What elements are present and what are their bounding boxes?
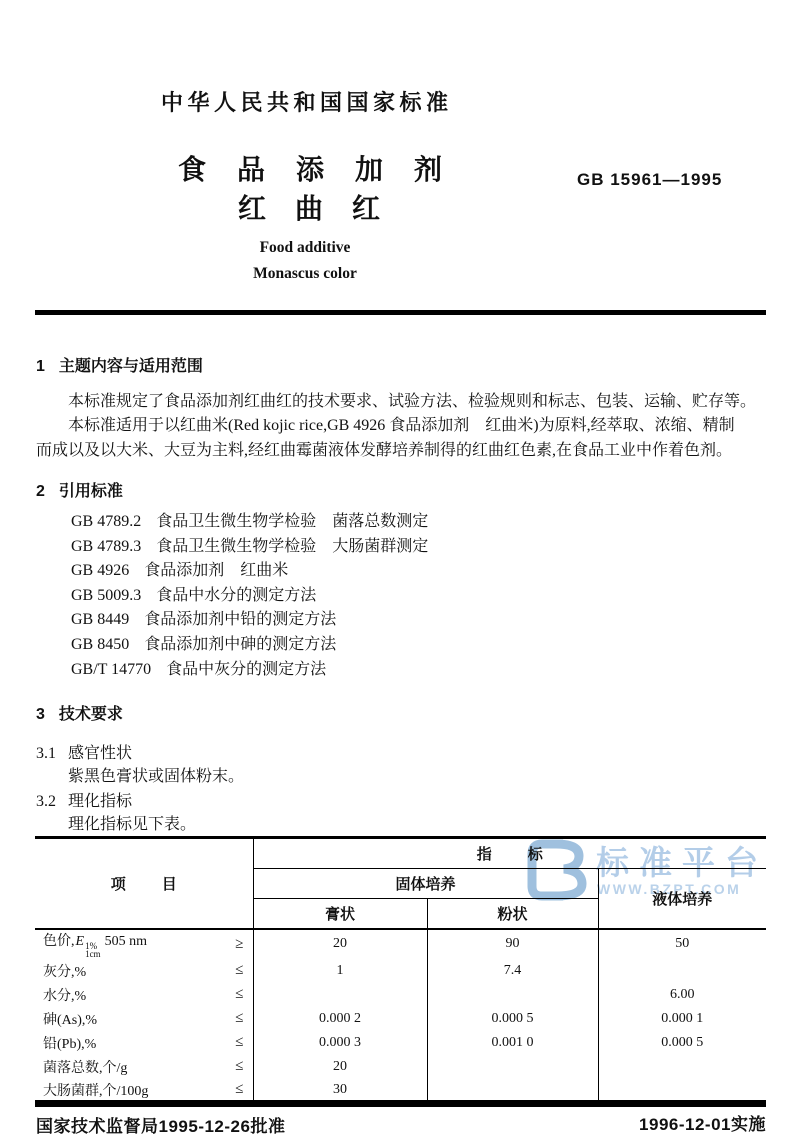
standard-title-cn-line2: 红曲红 [238,187,409,227]
subsection-number: 3.2 [36,793,56,811]
section-heading-scope: 1主题内容与适用范围 [36,353,203,376]
reference-name: 食品卫生微生物学检验 大肠菌群测定 [156,538,428,555]
physicochemical-note: 理化指标见下表。 [68,811,196,834]
reference-code: GB 8449 [71,608,129,633]
comparison-symbol: ≥ [235,936,243,953]
cell-paste-value: 0.000 3 [253,1031,427,1055]
standard-title-cn-line1: 食品添加剂 [178,148,473,188]
table-header-item-label: 项目 [111,876,213,893]
physicochemical-spec-table: 项目 指标 固体培养 液体培养 膏状 粉状 色价,E1%1cm505 nm ≥ … [35,836,766,1104]
table-header-indicator-label: 指标 [477,846,579,863]
subsection-title: 理化指标 [68,793,132,810]
row-label: 大肠菌群,个/100g [43,1080,148,1100]
cell-liquid-value [598,1055,766,1079]
table-row-lead: 铅(Pb),%≤ 0.000 3 0.001 0 0.000 5 [35,1031,766,1055]
table-header-item: 项目 [35,838,253,929]
reference-code: GB 8450 [71,633,129,658]
row-label-cell: 砷(As),%≤ [35,1007,253,1031]
cell-powder-value [427,983,598,1007]
approval-authority-date: 国家技术监督局1995-12-26批准 [36,1112,285,1137]
reference-name: 食品添加剂 红曲米 [144,562,288,579]
standard-title-en: Food additive Monascus color [180,235,430,287]
row-label-cell: 水分,%≤ [35,983,253,1007]
reference-name: 食品中水分的测定方法 [156,587,316,604]
row-label: 菌落总数,个/g [43,1057,127,1077]
section-heading-references: 2引用标准 [36,478,123,501]
cell-liquid-value: 50 [598,929,766,959]
scope-paragraph-2: 本标准适用于以红曲米(Red kojic rice,GB 4926 食品添加剂 … [36,414,766,463]
reference-item: GB 4789.3食品卫生微生物学检验 大肠菌群测定 [71,535,428,560]
section-title: 主题内容与适用范围 [59,358,203,375]
standard-title-en-line2: Monascus color [180,261,430,287]
scope-paragraph-2-line2: 而成以及以大米、大豆为主料,经红曲霉菌液体发酵培养制得的红曲红色素,在食品工业中… [36,439,766,464]
cell-paste-value [253,983,427,1007]
table-row-moisture: 水分,%≤ 6.00 [35,983,766,1007]
cell-liquid-value: 0.000 5 [598,1031,766,1055]
comparison-symbol: ≤ [235,986,243,1003]
table-header-liquid-culture: 液体培养 [598,869,766,929]
cell-powder-value [427,1079,598,1103]
subsection-title: 感官性状 [68,745,132,762]
reference-code: GB/T 14770 [71,658,151,683]
comparison-symbol: ≤ [235,1081,243,1098]
row-label: 铅(Pb),% [43,1033,96,1053]
cell-paste-value: 20 [253,1055,427,1079]
standard-number: GB 15961—1995 [577,170,722,190]
reference-list: GB 4789.2食品卫生微生物学检验 菌落总数测定 GB 4789.3食品卫生… [71,510,428,682]
standard-title-en-line1: Food additive [180,235,430,261]
row-label-cell: 大肠菌群,个/100g≤ [35,1079,253,1103]
reference-code: GB 4789.3 [71,535,141,560]
reference-name: 食品中灰分的测定方法 [166,661,326,678]
table-header-powder: 粉状 [427,899,598,929]
reference-name: 食品添加剂中铅的测定方法 [144,611,336,628]
header-divider-rule [35,310,766,315]
comparison-symbol: ≤ [235,1058,243,1075]
row-label: 砷(As),% [43,1009,97,1029]
cell-powder-value: 90 [427,929,598,959]
comparison-symbol: ≤ [235,962,243,979]
cell-powder-value: 0.001 0 [427,1031,598,1055]
section-title: 引用标准 [59,483,123,500]
row-label-cell: 菌落总数,个/g≤ [35,1055,253,1079]
row-label: 色价,E1%1cm505 nm [43,930,147,959]
scope-paragraph-2-line1: 本标准适用于以红曲米(Red kojic rice,GB 4926 食品添加剂 … [36,414,766,439]
section-number: 2 [36,483,45,501]
section-number: 3 [36,706,45,724]
table-header-paste: 膏状 [253,899,427,929]
subsection-number: 3.1 [36,745,56,763]
section-number: 1 [36,358,45,376]
table-header-indicator: 指标 [253,838,766,869]
table-row-arsenic: 砷(As),%≤ 0.000 2 0.000 5 0.000 1 [35,1007,766,1031]
reference-name: 食品添加剂中砷的测定方法 [144,636,336,653]
reference-item: GB 4789.2食品卫生微生物学检验 菌落总数测定 [71,510,428,535]
row-label: 灰分,% [43,961,86,981]
table-header-row-1: 项目 指标 [35,838,766,869]
reference-name: 食品卫生微生物学检验 菌落总数测定 [156,513,428,530]
table-row-ash: 灰分,%≤ 1 7.4 [35,959,766,983]
cell-paste-value: 1 [253,959,427,983]
reference-item: GB 4926食品添加剂 红曲米 [71,559,428,584]
section-title: 技术要求 [59,706,123,723]
row-label-cell: 灰分,%≤ [35,959,253,983]
table-row-total-colonies: 菌落总数,个/g≤ 20 [35,1055,766,1079]
row-label-cell: 铅(Pb),%≤ [35,1031,253,1055]
scope-paragraph-1: 本标准规定了食品添加剂红曲红的技术要求、试验方法、检验规则和标志、包装、运输、贮… [36,390,766,414]
cell-liquid-value: 6.00 [598,983,766,1007]
cell-powder-value [427,1055,598,1079]
cell-liquid-value [598,959,766,983]
cell-paste-value: 20 [253,929,427,959]
cell-liquid-value: 0.000 1 [598,1007,766,1031]
cell-paste-value: 0.000 2 [253,1007,427,1031]
subsection-heading-sensory: 3.1感官性状 [36,740,132,763]
comparison-symbol: ≤ [235,1034,243,1051]
national-standard-banner: 中华人民共和国国家标准 [161,86,453,117]
reference-item: GB 8449食品添加剂中铅的测定方法 [71,608,428,633]
table-header-solid-culture: 固体培养 [253,869,598,899]
reference-item: GB 8450食品添加剂中砷的测定方法 [71,633,428,658]
row-label-cell: 色价,E1%1cm505 nm ≥ [35,929,253,959]
sensory-description: 紫黑色膏状或固体粉末。 [68,763,244,786]
cell-liquid-value [598,1079,766,1103]
reference-item: GB 5009.3食品中水分的测定方法 [71,584,428,609]
cell-powder-value: 7.4 [427,959,598,983]
subsection-heading-physicochemical: 3.2理化指标 [36,788,132,811]
reference-item: GB/T 14770食品中灰分的测定方法 [71,658,428,683]
table-row-coliform: 大肠菌群,个/100g≤ 30 [35,1079,766,1103]
reference-code: GB 4926 [71,559,129,584]
table-row-color-value: 色价,E1%1cm505 nm ≥ 20 90 50 [35,929,766,959]
comparison-symbol: ≤ [235,1010,243,1027]
cell-powder-value: 0.000 5 [427,1007,598,1031]
implementation-date: 1996-12-01实施 [639,1110,766,1135]
row-label: 水分,% [43,985,86,1005]
reference-code: GB 5009.3 [71,584,141,609]
section-heading-technical: 3技术要求 [36,701,123,724]
cell-paste-value: 30 [253,1079,427,1103]
reference-code: GB 4789.2 [71,510,141,535]
